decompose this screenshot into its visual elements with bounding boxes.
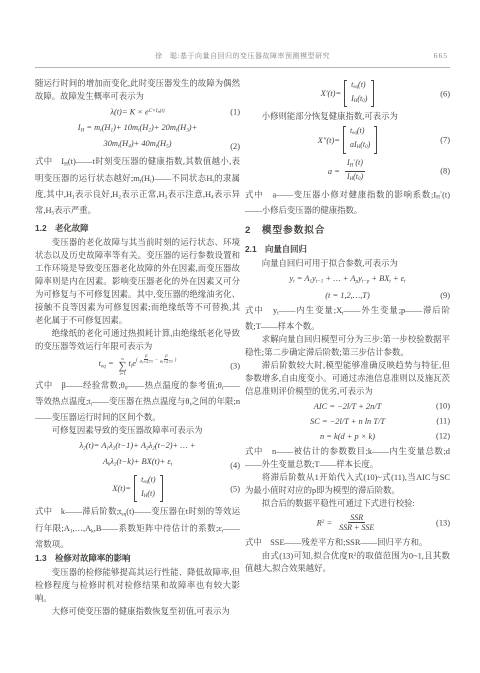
equation-line: λ2(t)= A1λ2(t−1)+ A2λ2(t−2)+ … +	[35, 439, 240, 455]
left-column: 随运行时间的增加而变化,此时变压器发生的故障为偶然故障。故障发生概率可表示为 λ…	[35, 77, 240, 618]
paragraph: 由式(13)可知,拟合优度R2的取值范围为0~1,且其数值越大,拟合效果越好。	[245, 549, 450, 575]
paragraph: 随运行时间的增加而变化,此时变压器发生的故障为偶然故障。故障发生概率可表示为	[35, 77, 240, 103]
equation-9: yt = A1yt−1 + … + Apyt−p + BXt + εt (t =…	[245, 272, 450, 301]
equation-body: λ(t)= K × eC×IH(t)	[110, 105, 164, 119]
equation-body: SC = −2l/T + n ln T/T	[310, 415, 385, 428]
equation-7: X″(t)= teq(t) aIH(t0) (7)	[245, 125, 450, 154]
paper-page: 徐 聪:基于向量自回归的变压器故障率预测模型研究 665 随运行时间的增加而变化…	[0, 0, 480, 673]
equation-line: IH = mt(H1)+ 10mt(H2)+ 20mt(H3)+	[35, 121, 240, 137]
equation-5: X(t)= teq(t) IH(t) (5)	[35, 474, 240, 503]
equation-number: (4)	[230, 459, 240, 472]
header-rule	[35, 67, 450, 68]
matrix-column: teq(t) IH(t)	[139, 474, 157, 503]
equation-number: (3)	[230, 359, 240, 372]
matrix-entry: IH(t0)	[351, 94, 367, 108]
matrix-entry: teq(t)	[350, 126, 364, 140]
paragraph: 滞后阶数较大时,模型能够准确反映趋势与特征,但参数增多,自由度变小。可通过赤池信…	[245, 359, 450, 398]
equation-number: (10)	[436, 400, 450, 413]
fraction: β θi+273	[159, 354, 174, 366]
paragraph: 拟合后的数据平稳性可通过下式进行校验:	[245, 497, 450, 510]
section-heading-2: 2 模型参数拟合	[245, 224, 450, 237]
paragraph: 式中 n——被估计的参数数目;k——内生变量总数;d——外生变量总数;T——样本…	[245, 445, 450, 471]
equation-lhs: X(t)=	[112, 482, 131, 495]
equation-line: (t = 1,2,…,T)	[245, 289, 450, 302]
equation-number: (1)	[230, 105, 240, 118]
right-column: X′(t)= teq(t) IH(t0) (6) 小修则能部分恢复健康指数,可表…	[245, 77, 450, 575]
equation-line: Akλ2(t−k)+ BX(t)+ εt	[35, 455, 240, 471]
fraction: SSR SSR + SSE	[337, 513, 376, 533]
equation-number: (7)	[440, 134, 450, 147]
equation-number: (12)	[436, 430, 450, 443]
equation-body: AIC = −2l/T + 2n/T	[314, 400, 382, 413]
equation-number: (13)	[436, 516, 450, 529]
equation-8: a = IH″(t) IH(t0) (8)	[245, 158, 450, 185]
matrix-entry: IH(t)	[141, 489, 155, 503]
equation-number: (5)	[230, 482, 240, 495]
paragraph: 式中 SSE——残差平方和;SSR——回归平方和。	[245, 536, 450, 549]
equation-body: n = k(d + p × k)	[320, 430, 375, 443]
equation-number: (9)	[440, 289, 450, 302]
equation-line: 30mt(H4)+ 40mt(H5)	[35, 137, 240, 153]
matrix-bracket-left	[134, 475, 137, 502]
matrix-bracket-left	[344, 80, 347, 107]
fraction: IH″(t) IH(t0)	[345, 158, 365, 185]
paragraph: 向量自回归可用于拟合参数,可表示为	[245, 257, 450, 270]
equation-2: IH = mt(H1)+ 10mt(H2)+ 20mt(H3)+ 30mt(H4…	[35, 121, 240, 154]
paragraph: 式中 β——经验常数;θ0——热点温度的参考值;θi——等效热点温度;ti——变…	[35, 379, 240, 425]
matrix-entry: aIH(t0)	[350, 140, 370, 154]
equation-number: (6)	[440, 87, 450, 100]
equation-lhs: a =	[328, 165, 340, 178]
equation-12: n = k(d + p × k) (12)	[245, 430, 450, 443]
matrix-entry: teq(t)	[141, 475, 155, 489]
equation-number: (11)	[436, 415, 450, 428]
paragraph: 式中 k——滞后阶数;teq(t)——变压器在t时刻的等效运行年限;A1,…,A…	[35, 505, 240, 551]
paragraph: 可修复因素导致的变压器故障率可表示为	[35, 424, 240, 437]
equation-body: tie	[129, 357, 137, 373]
paragraph: 式中 a——变压器小修对健康指数的影响系数;IH″(t)——小修后变压器的健康指…	[245, 188, 450, 218]
fraction: β θ0+273	[139, 354, 154, 366]
page-number: 665	[434, 51, 448, 60]
paragraph: 式中 IH(t)——t时刻变压器的健康指数,其数值越小,表明变压器的运行状态越好…	[35, 155, 240, 220]
equation-3: teq = n ∑ i=1 tie ( β θ0+273 − β θi+273 …	[35, 356, 240, 376]
equation-lhs: R2 =	[317, 516, 332, 529]
paragraph: 绝缘纸的老化可通过热损耗计算,由绝缘纸老化导致的变压器等效运行年限可表示为	[35, 327, 240, 353]
equation-6: X′(t)= teq(t) IH(t0) (6)	[245, 79, 450, 108]
equation-11: SC = −2l/T + n ln T/T (11)	[245, 415, 450, 428]
paragraph: 小修则能部分恢复健康指数,可表示为	[245, 110, 450, 123]
equation-number: (8)	[440, 165, 450, 178]
paragraph: 大修可使变压器的健康指数恢复至初值,可表示为	[35, 605, 240, 618]
section-heading-1-3: 1.3 检修对故障率的影响	[35, 552, 240, 565]
matrix-entry: teq(t)	[351, 80, 365, 94]
matrix-bracket-right	[371, 80, 374, 107]
equation-lhs: teq =	[99, 357, 114, 373]
header-title: 徐 聪:基于向量自回归的变压器故障率预测模型研究	[155, 52, 330, 60]
matrix-bracket-right	[374, 126, 377, 153]
matrix-bracket-right	[160, 475, 163, 502]
equation-lhs: X′(t)=	[321, 87, 342, 100]
equation-4: λ2(t)= A1λ2(t−1)+ A2λ2(t−2)+ … + Akλ2(t−…	[35, 439, 240, 472]
paragraph: 变压器的检修能够提高其运行性能、降低故障率,但检修程度与检修时机对检修结果和故障…	[35, 566, 240, 605]
equation-number: (2)	[230, 140, 240, 153]
matrix-bracket-left	[343, 126, 346, 153]
equation-1: λ(t)= K × eC×IH(t) (1)	[35, 105, 240, 119]
equation-13: R2 = SSR SSR + SSE (13)	[245, 513, 450, 533]
matrix-column: teq(t) aIH(t0)	[348, 125, 372, 154]
running-header: 徐 聪:基于向量自回归的变压器故障率预测模型研究 665	[35, 51, 450, 63]
exponent-block: ( β θ0+273 − β θi+273 )	[136, 354, 176, 366]
paragraph: 变压器的老化故障与其当前时刻的运行状态、环境状态以及历史故障率等有关。变压器的运…	[35, 236, 240, 327]
equation-line: yt = A1yt−1 + … + Apyt−p + BXt + εt	[245, 272, 450, 288]
equation-10: AIC = −2l/T + 2n/T (10)	[245, 400, 450, 413]
equation-lhs: X″(t)=	[318, 134, 340, 147]
paragraph: 将滞后阶数从1开始代入式(10)~式(11),当AIC与SC为最小值时对应的p即…	[245, 471, 450, 497]
matrix-column: teq(t) IH(t0)	[349, 79, 369, 108]
summation-symbol: n ∑ i=1	[119, 356, 127, 376]
paragraph: 式中 yt——内生变量;Xt——外生变量;p——滞后阶数;T——样本个数。	[245, 304, 450, 333]
section-heading-1-2: 1.2 老化故障	[35, 222, 240, 235]
section-heading-2-1: 2.1 向量自回归	[245, 243, 450, 256]
paragraph: 求解向量自回归模型可分为三步:第一步校验数据平稳性;第二步确定滞后阶数;第三步估…	[245, 333, 450, 359]
